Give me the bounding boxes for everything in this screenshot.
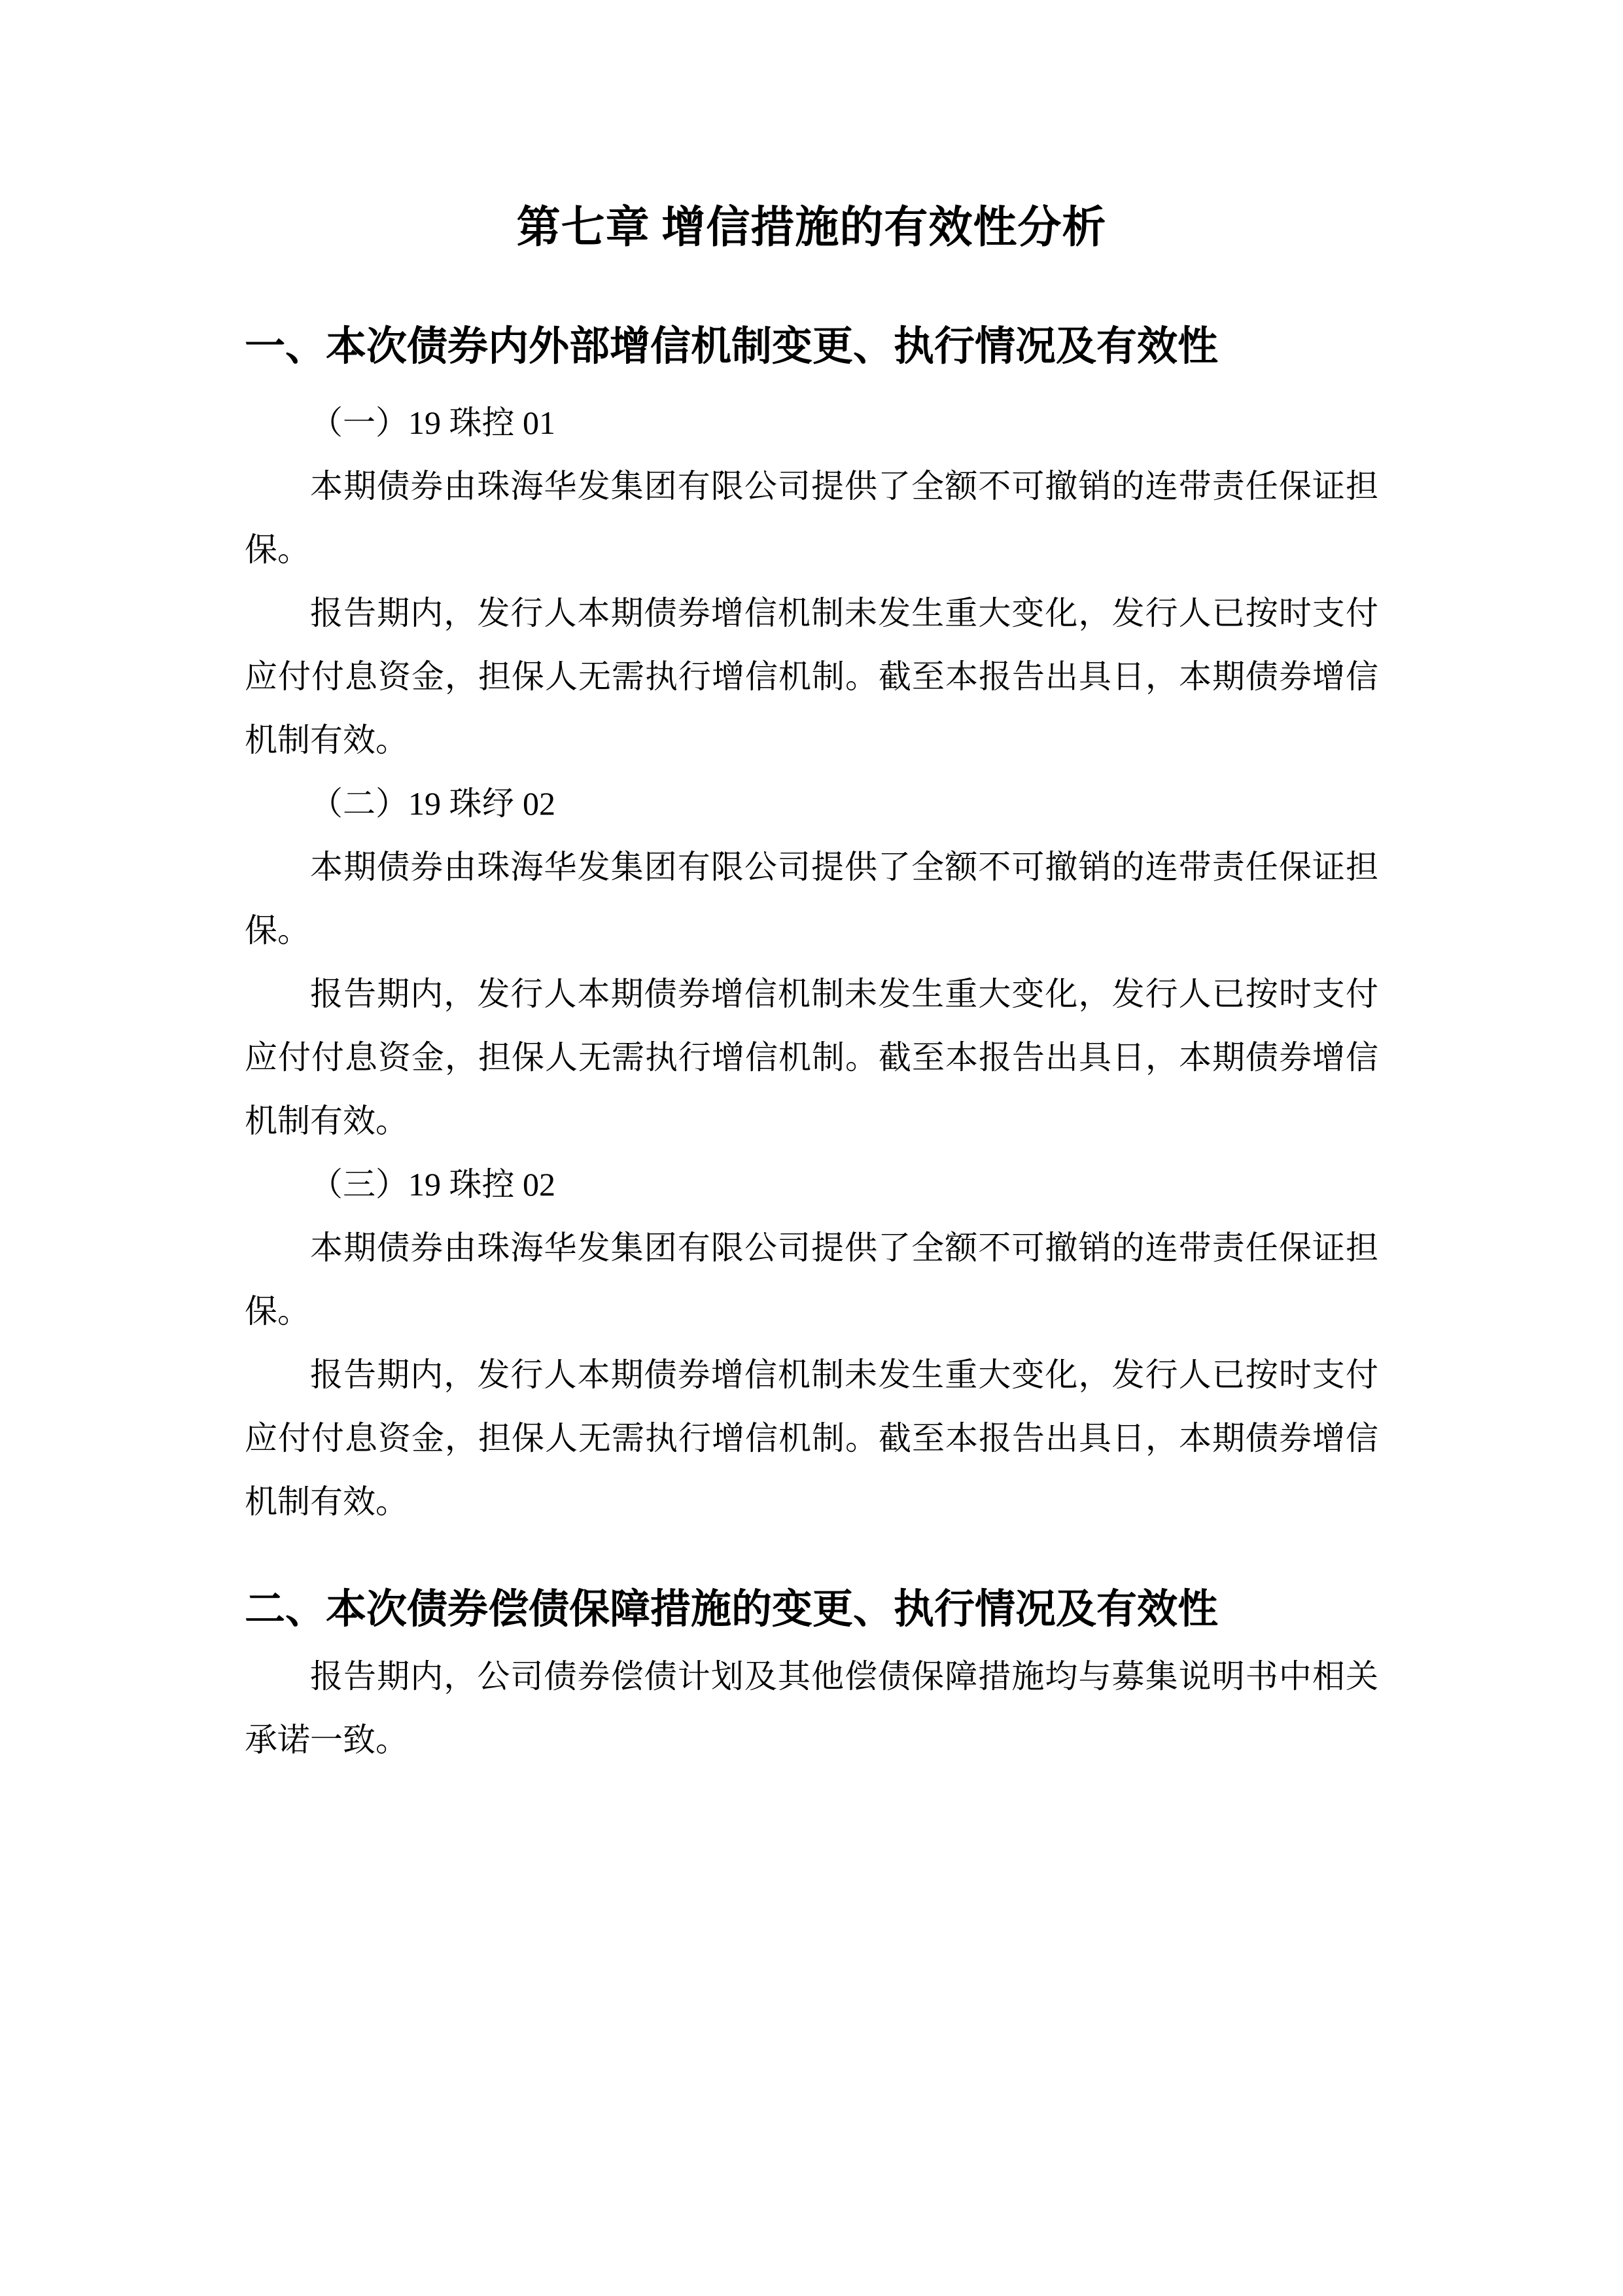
paragraph: 报告期内，发行人本期债券增信机制未发生重大变化，发行人已按时支付应付付息资金，担… <box>245 963 1378 1153</box>
paragraph: 本期债券由珠海华发集团有限公司提供了全额不可撤销的连带责任保证担保。 <box>245 455 1378 582</box>
paragraph: 报告期内，公司债券偿债计划及其他偿债保障措施均与募集说明书中相关承诺一致。 <box>245 1645 1378 1772</box>
section-2-heading: 二、本次债券偿债保障措施的变更、执行情况及有效性 <box>245 1581 1378 1638</box>
paragraph: 报告期内，发行人本期债券增信机制未发生重大变化，发行人已按时支付应付付息资金，担… <box>245 1343 1378 1534</box>
subsection-2-heading: （二）19 珠纾 02 <box>245 772 1378 836</box>
paragraph: 本期债券由珠海华发集团有限公司提供了全额不可撤销的连带责任保证担保。 <box>245 1216 1378 1343</box>
document-page: 第七章 增信措施的有效性分析 一、本次债券内外部增信机制变更、执行情况及有效性 … <box>0 0 1623 2296</box>
subsection-1-heading: （一）19 珠控 01 <box>245 391 1378 455</box>
chapter-title: 第七章 增信措施的有效性分析 <box>245 198 1378 258</box>
section-1-heading: 一、本次债券内外部增信机制变更、执行情况及有效性 <box>245 318 1378 376</box>
paragraph: 本期债券由珠海华发集团有限公司提供了全额不可撤销的连带责任保证担保。 <box>245 836 1378 963</box>
subsection-3-heading: （三）19 珠控 02 <box>245 1153 1378 1216</box>
paragraph: 报告期内，发行人本期债券增信机制未发生重大变化，发行人已按时支付应付付息资金，担… <box>245 582 1378 772</box>
